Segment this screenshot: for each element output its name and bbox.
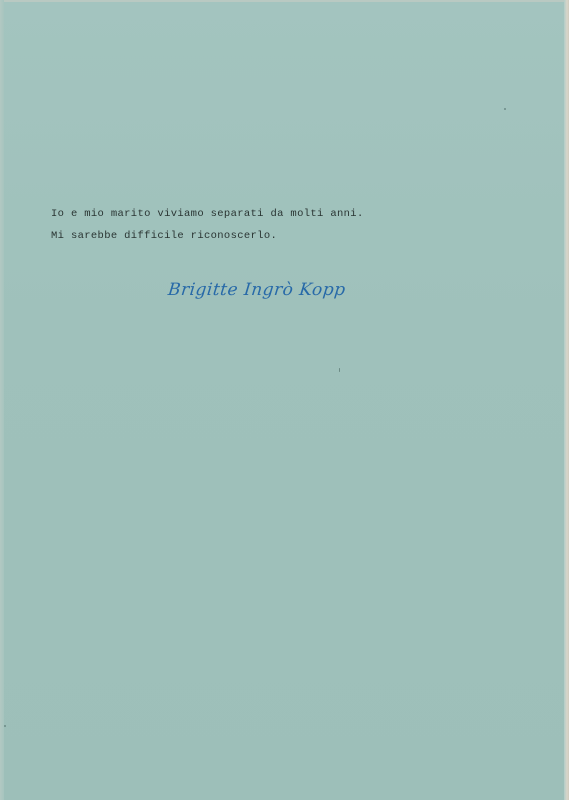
handwritten-signature: Brigitte Ingrò Kopp — [168, 276, 358, 318]
paper-left-edge — [0, 0, 4, 800]
typed-line-2: Mi sarebbe difficile riconoscerlo. — [51, 225, 364, 247]
paper-sheet: Io e mio marito viviamo separati da molt… — [0, 0, 569, 800]
paper-right-edge — [564, 0, 569, 800]
paper-speck — [339, 368, 340, 372]
signature-text: Brigitte Ingrò Kopp — [167, 280, 347, 300]
typed-message: Io e mio marito viviamo separati da molt… — [51, 203, 364, 247]
paper-speck — [504, 108, 506, 110]
paper-speck — [4, 725, 6, 727]
paper-top-edge — [0, 0, 569, 2]
typed-line-1: Io e mio marito viviamo separati da molt… — [51, 203, 364, 225]
